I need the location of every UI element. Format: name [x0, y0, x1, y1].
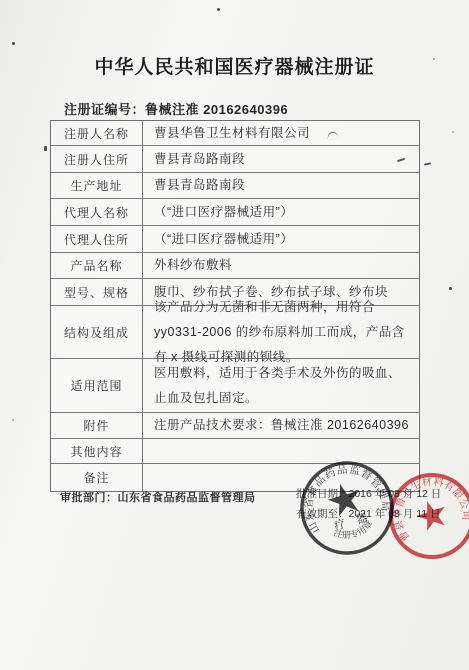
registration-number-value: 鲁械注准 20162640396 — [145, 102, 288, 117]
row-label: 适用范围 — [51, 359, 143, 412]
row-label: 注册人住所 — [51, 146, 143, 172]
row-label: 结构及组成 — [51, 306, 143, 358]
table-row: 生产地址 曹县青岛路南段 — [51, 173, 419, 199]
table-row: 适用范围 医用敷料，适用于各类手术及外伤的吸血、止血及包扎固定。 — [51, 359, 419, 413]
approval-department-value: 山东省食品药品监督管理局 — [118, 492, 256, 504]
row-value: 外科纱布敷料 — [143, 253, 419, 278]
company-stamp: 曹县华鲁卫生材料有限公司 — [372, 456, 469, 576]
table-row: 附件 注册产品技术要求：鲁械注准 20162640396 — [51, 413, 419, 439]
row-value: 曹县青岛路南段 — [143, 146, 419, 172]
certificate-page: 中华人民共和国医疗器械注册证 注册证编号：鲁械注准 20162640396 注册… — [0, 0, 469, 670]
row-label: 生产地址 — [51, 173, 143, 198]
row-value: 注册产品技术要求：鲁械注准 20162640396 — [143, 413, 419, 438]
row-label: 产品名称 — [51, 253, 143, 278]
table-row: 产品名称 外科纱布敷料 — [51, 253, 419, 279]
scan-speck — [433, 58, 435, 60]
scan-speck — [449, 287, 452, 290]
row-label: 型号、规格 — [51, 279, 143, 305]
row-value: （“进口医疗器械适用”） — [143, 199, 419, 225]
approval-department-label: 审批部门： — [60, 492, 118, 504]
table-row: 代理人住所 （“进口医疗器械适用”） — [51, 226, 419, 253]
scan-speck — [217, 8, 220, 11]
scan-speck — [12, 419, 14, 421]
document-title: 中华人民共和国医疗器械注册证 — [0, 52, 469, 79]
row-value: 曹县华鲁卫生材料有限公司 — [143, 121, 419, 145]
scan-speck — [452, 131, 454, 133]
row-value: （“进口医疗器械适用”） — [143, 226, 419, 252]
row-label: 附件 — [51, 413, 143, 438]
row-value: 医用敷料，适用于各类手术及外伤的吸血、止血及包扎固定。 — [143, 359, 419, 412]
star-icon — [413, 497, 450, 533]
row-value: 曹县青岛路南段 — [143, 173, 419, 198]
row-label: 其他内容 — [51, 439, 143, 463]
approval-department-line: 审批部门：山东省食品药品监督管理局 — [60, 489, 256, 505]
table-row: 注册人住所 曹县青岛路南段 — [51, 146, 419, 173]
pen-mark — [424, 162, 431, 165]
row-label: 代理人住所 — [51, 226, 143, 252]
star-icon — [325, 480, 365, 518]
table-row: 代理人名称 （“进口医疗器械适用”） — [51, 199, 419, 226]
certificate-table: 注册人名称 曹县华鲁卫生材料有限公司 注册人住所 曹县青岛路南段 生产地址 曹县… — [50, 120, 420, 492]
row-label: 备注 — [51, 464, 143, 491]
scan-speck — [12, 42, 15, 45]
table-row: 注册人名称 曹县华鲁卫生材料有限公司 — [51, 121, 419, 146]
row-value: 该产品分为无菌和非无菌两种，用符合 yy0331-2006 的纱布原料加工而成，… — [143, 306, 419, 358]
scan-speck — [44, 146, 47, 151]
row-label: 代理人名称 — [51, 199, 143, 225]
row-label: 注册人名称 — [51, 121, 143, 145]
registration-number-label: 注册证编号： — [64, 102, 145, 117]
registration-number-line: 注册证编号：鲁械注准 20162640396 — [64, 99, 288, 118]
table-row: 结构及组成 该产品分为无菌和非无菌两种，用符合 yy0331-2006 的纱布原… — [51, 306, 419, 359]
